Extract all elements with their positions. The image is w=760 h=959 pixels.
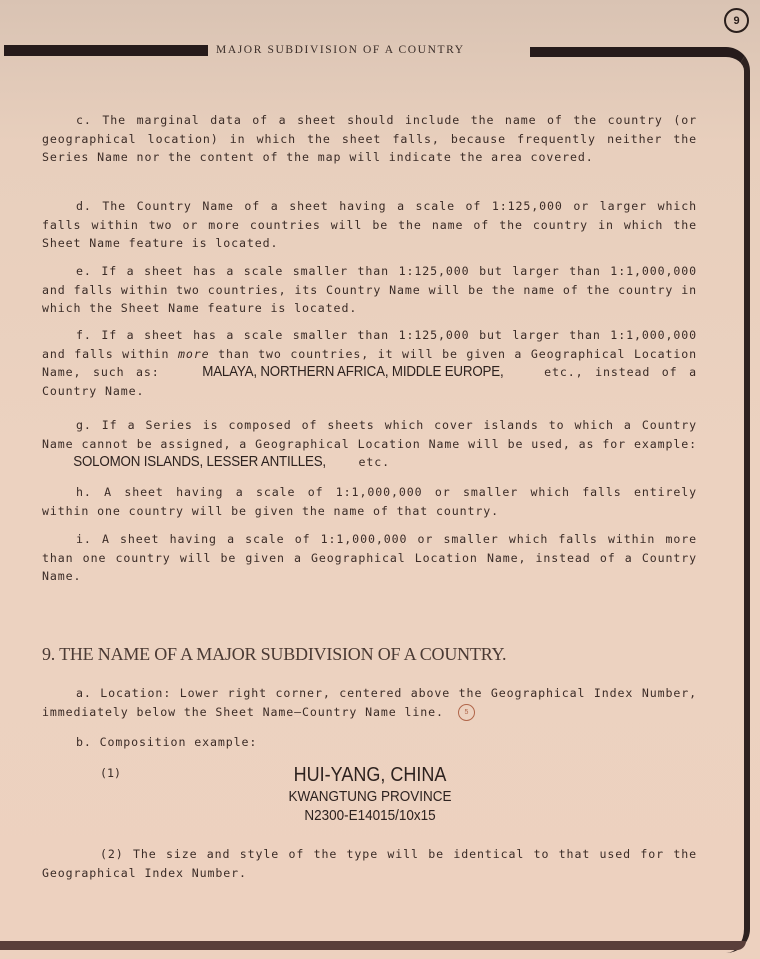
- section-9-a-text: a. Location: Lower right corner, centere…: [42, 684, 697, 721]
- section-9-paragraph-b: b. Composition example:: [42, 733, 697, 752]
- footer-rule: [0, 941, 746, 950]
- paragraph-g-examples: SOLOMON ISLANDS, LESSER ANTILLES,: [42, 453, 326, 472]
- header-rule-left: [4, 45, 208, 56]
- section-9-b-text: b. Composition example:: [42, 733, 697, 752]
- paragraph-h: h. A sheet having a scale of 1:1,000,000…: [42, 483, 697, 520]
- section-9-note-2-text: (2) The size and style of the type will …: [42, 845, 697, 882]
- example-subdivision: KWANGTUNG PROVINCE: [271, 787, 469, 806]
- paragraph-g: g. If a Series is composed of sheets whi…: [42, 416, 697, 472]
- paragraph-e-text: e. If a sheet has a scale smaller than 1…: [42, 262, 697, 318]
- circled-reference-marker: 5: [458, 704, 475, 721]
- paragraph-g-text: g. If a Series is composed of sheets whi…: [42, 416, 697, 472]
- paragraph-g-post: etc.: [351, 455, 390, 469]
- paragraph-i: i. A sheet having a scale of 1:1,000,000…: [42, 530, 697, 586]
- section-9-paragraph-a: a. Location: Lower right corner, centere…: [42, 684, 697, 721]
- section-9-note-2: (2) The size and style of the type will …: [42, 845, 697, 882]
- example-index-number: N2300-E14015/10x15: [271, 806, 469, 825]
- paragraph-f-emphasis: more: [178, 347, 210, 361]
- example-sheet-name: HUI-YANG, CHINA: [271, 763, 469, 787]
- paragraph-e: e. If a sheet has a scale smaller than 1…: [42, 262, 697, 318]
- running-head: MAJOR SUBDIVISION OF A COUNTRY: [216, 44, 526, 56]
- composition-example: HUI-YANG, CHINA KWANGTUNG PROVINCE N2300…: [260, 763, 480, 825]
- section-9-a-body: a. Location: Lower right corner, centere…: [42, 686, 697, 719]
- paragraph-h-text: h. A sheet having a scale of 1:1,000,000…: [42, 483, 697, 520]
- paragraph-i-text: i. A sheet having a scale of 1:1,000,000…: [42, 530, 697, 586]
- paragraph-f: f. If a sheet has a scale smaller than 1…: [42, 326, 697, 400]
- paragraph-g-pre: g. If a Series is composed of sheets whi…: [42, 418, 697, 451]
- example-number: (1): [100, 766, 121, 780]
- paragraph-c-text: c. The marginal data of a sheet should i…: [42, 111, 697, 167]
- paragraph-f-examples: MALAYA, NORTHERN AFRICA, MIDDLE EUROPE,: [171, 363, 503, 382]
- paragraph-d-text: d. The Country Name of a sheet having a …: [42, 197, 697, 253]
- page-number-badge: 9: [724, 8, 749, 33]
- section-9-heading: 9. THE NAME OF A MAJOR SUBDIVISION OF A …: [42, 644, 506, 665]
- paragraph-c: c. The marginal data of a sheet should i…: [42, 111, 697, 167]
- paragraph-d: d. The Country Name of a sheet having a …: [42, 197, 697, 253]
- paragraph-f-text: f. If a sheet has a scale smaller than 1…: [42, 326, 697, 400]
